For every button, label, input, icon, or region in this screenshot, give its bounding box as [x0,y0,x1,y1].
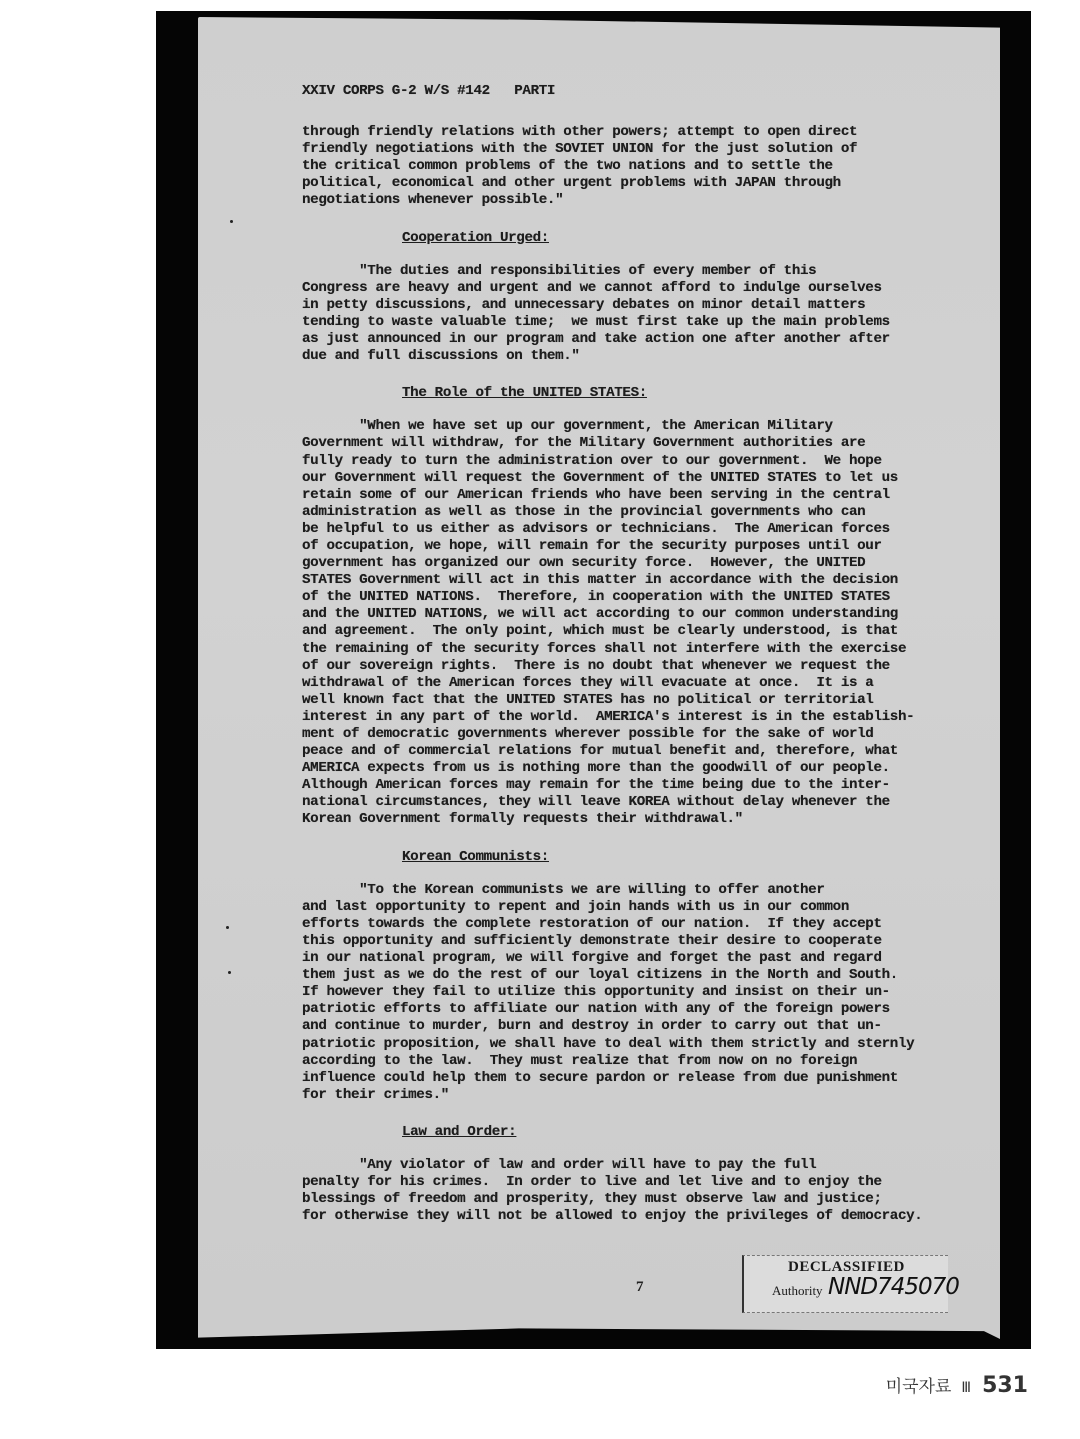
text-line: "To the Korean communists we are willing… [302,882,962,899]
text-line: of the UNITED NATIONS. Therefore, in coo… [302,589,962,606]
text-line: influence could help them to secure pard… [302,1070,962,1087]
text-line: interest in any part of the world. AMERI… [302,709,962,726]
text-line: of occupation, we hope, will remain for … [302,538,962,555]
document-photo-frame: XXIV CORPS G-2 W/S #142 PARTI through fr… [156,11,1031,1349]
text-line: AMERICA expects from us is nothing more … [302,760,962,777]
text-line: ment of democratic governments wherever … [302,726,962,743]
text-line: and the UNITED NATIONS, we will act acco… [302,606,962,623]
text-line: withdrawal of the American forces they w… [302,675,962,692]
text-line: for their crimes." [302,1087,962,1104]
text-line: through friendly relations with other po… [302,124,962,141]
document-header: XXIV CORPS G-2 W/S #142 PARTI [302,83,962,100]
book-volume: Ⅲ [961,1380,972,1396]
section-heading-cooperation: Cooperation Urged: [402,230,962,247]
section-paragraph-cooperation: "The duties and responsibilities of ever… [302,263,962,366]
book-series-title: 미국자료 [886,1372,952,1397]
text-line: Congress are heavy and urgent and we can… [302,280,962,297]
text-line: as just announced in our program and tak… [302,331,962,348]
text-line: efforts towards the complete restoration… [302,916,962,933]
document-body: XXIV CORPS G-2 W/S #142 PARTI through fr… [302,73,962,1225]
text-line: retain some of our American friends who … [302,487,962,504]
text-line: for otherwise they will not be allowed t… [302,1208,962,1225]
section-heading-korean-communists: Korean Communists: [402,849,962,866]
text-line: STATES Government will act in this matte… [302,572,962,589]
section-heading-law-and-order: Law and Order: [402,1124,962,1141]
text-line: them just as we do the rest of our loyal… [302,967,962,984]
text-line: Although American forces may remain for … [302,777,962,794]
declassified-stamp: DECLASSIFIED Authority NND745070 [742,1255,948,1313]
text-line: of our sovereign rights. There is no dou… [302,658,962,675]
scan-speck [226,926,229,929]
text-line: blessings of freedom and prosperity, the… [302,1191,962,1208]
text-line: and continue to murder, burn and destroy… [302,1018,962,1035]
text-line: Government will withdraw, for the Milita… [302,435,962,452]
stamp-authority-label: Authority [772,1283,823,1299]
text-line: "The duties and responsibilities of ever… [302,263,962,280]
text-line: national circumstances, they will leave … [302,794,962,811]
text-line: patriotic efforts to affiliate our natio… [302,1001,962,1018]
book-footer: 미국자료 Ⅲ 531 [886,1372,1028,1398]
section-heading-united-states: The Role of the UNITED STATES: [402,385,962,402]
text-line: tending to waste valuable time; we must … [302,314,962,331]
text-line: Korean Government formally requests thei… [302,811,962,828]
text-line: be helpful to us either as advisors or t… [302,521,962,538]
section-paragraph-korean-communists: "To the Korean communists we are willing… [302,882,962,1104]
text-line: due and full discussions on them." [302,348,962,365]
scan-speck [230,220,233,223]
text-line: negotiations whenever possible." [302,192,962,209]
section-paragraph-law-and-order: "Any violator of law and order will have… [302,1157,962,1225]
text-line: peace and of commercial relations for mu… [302,743,962,760]
text-line: in our national program, we will forgive… [302,950,962,967]
section-paragraph-united-states: "When we have set up our government, the… [302,418,962,828]
text-line: "Any violator of law and order will have… [302,1157,962,1174]
book-page-number: 531 [982,1373,1028,1398]
scan-speck [228,971,231,974]
text-line: patriotic proposition, we shall have to … [302,1036,962,1053]
text-line: and agreement. The only point, which mus… [302,623,962,640]
text-line: this opportunity and sufficiently demons… [302,933,962,950]
text-line: the remaining of the security forces sha… [302,641,962,658]
document-paper: XXIV CORPS G-2 W/S #142 PARTI through fr… [198,17,1000,1339]
text-line: well known fact that the UNITED STATES h… [302,692,962,709]
text-line: government has organized our own securit… [302,555,962,572]
stamp-authority-value: NND745070 [828,1274,959,1300]
text-line: our Government will request the Governme… [302,470,962,487]
document-page-number: 7 [636,1279,644,1296]
text-line: administration as well as those in the p… [302,504,962,521]
text-line: according to the law. They must realize … [302,1053,962,1070]
text-line: penalty for his crimes. In order to live… [302,1174,962,1191]
text-line: fully ready to turn the administration o… [302,453,962,470]
text-line: political, economical and other urgent p… [302,175,962,192]
text-line: and last opportunity to repent and join … [302,899,962,916]
text-line: If however they fail to utilize this opp… [302,984,962,1001]
text-line: friendly negotiations with the SOVIET UN… [302,141,962,158]
text-line: in petty discussions, and unnecessary de… [302,297,962,314]
text-line: "When we have set up our government, the… [302,418,962,435]
text-line: the critical common problems of the two … [302,158,962,175]
intro-paragraph: through friendly relations with other po… [302,124,962,209]
